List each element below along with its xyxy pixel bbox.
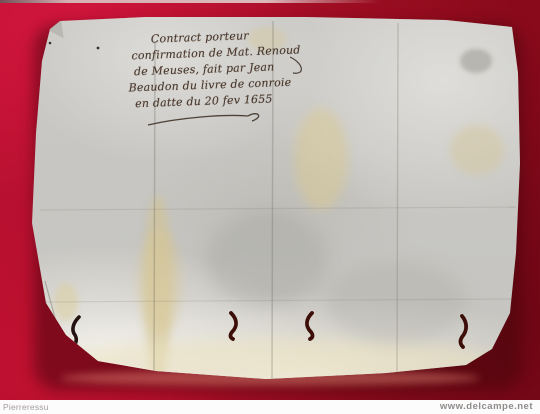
- watermark-strip: Pierreressu www.delcampe.net: [0, 400, 540, 414]
- listing-photo: Contract porteur confirmation de Mat. Re…: [0, 0, 540, 414]
- photo-top-edge: [0, 0, 380, 3]
- ink-speck: [49, 42, 52, 45]
- fold-crease: [397, 23, 398, 373]
- wax-mark: [230, 313, 236, 339]
- fold-crease: [44, 299, 512, 302]
- ink-speck: [97, 47, 100, 50]
- site-watermark: www.delcampe.net: [440, 401, 533, 412]
- handwritten-docket: Contract porteur confirmation de Mat. Re…: [121, 25, 334, 112]
- wax-mark: [307, 313, 313, 339]
- ink-flourish: [148, 114, 259, 125]
- seller-watermark: Pierreressu: [3, 402, 49, 412]
- manuscript-paper: Contract porteur confirmation de Mat. Re…: [26, 13, 522, 385]
- wax-mark: [460, 316, 466, 347]
- fold-crease: [40, 207, 516, 210]
